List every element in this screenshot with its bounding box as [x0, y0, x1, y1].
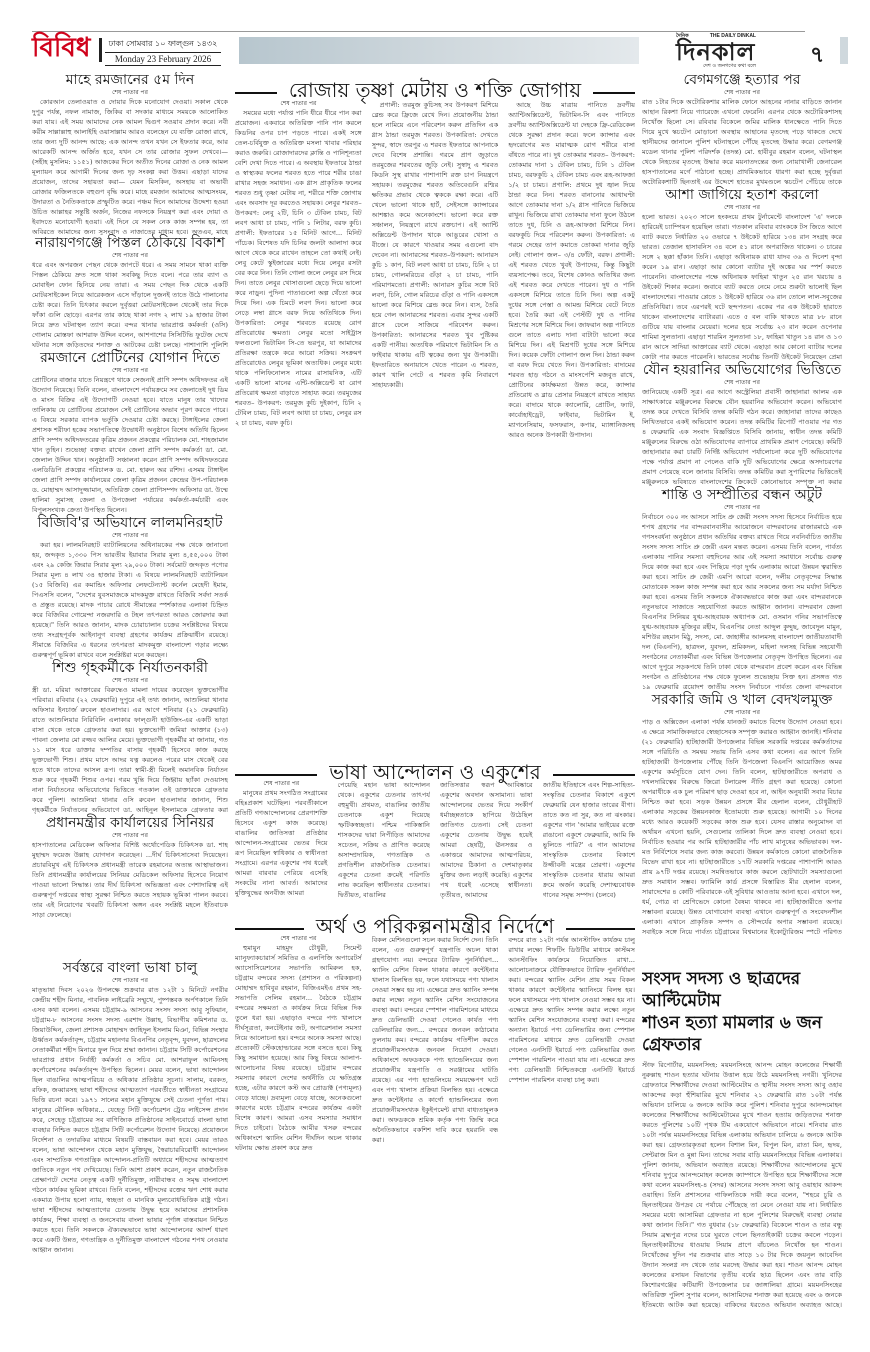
- header-gradient-bar: [239, 37, 639, 64]
- bhasha-col-1: শেষ পাতার পর মানুষের প্রথম সংগঠিত সংগ্রা…: [235, 780, 328, 905]
- bhasha-col-4: জাতীয় ইতিহাসে এবং শিল্প-সাহিত্য-সংস্কৃত…: [543, 780, 636, 905]
- finance-col-text: হুমায়ুন মাহমুদ চৌধুরী, সিমেন্ট ম্যানুফ্…: [235, 943, 362, 1293]
- story-protein: রমজানে প্রোটিনের যোগান দিতে শেষ পাতার পর…: [32, 350, 228, 515]
- headline: শিশু গৃহকর্মীকে নির্যাতনকারী: [32, 660, 228, 677]
- continued-label: শেষ পাতার পর: [32, 832, 228, 840]
- story-body: হাসপাতালের মেডিকেল অফিসার বিশিষ্ট অর্থোপ…: [32, 840, 228, 960]
- story-body: কোরআন তেলাওয়াত ও দোয়ার দিকে মনোযোগ দেও…: [32, 97, 228, 235]
- headline: বিজিবি'র অভিযানে লালমনিরহাট: [32, 515, 228, 532]
- story-child-domestic-worker: শিশু গৃহকর্মীকে নির্যাতনকারী শেষ পাতার প…: [32, 660, 228, 815]
- bhasha-col-3: জাতিসত্তার স্বরূপ আবিষ্কারে একুশের অবদান…: [440, 780, 533, 905]
- rule-right: [566, 928, 635, 930]
- headline: শান্তি ও সম্প্রীতির বন্ধন অটুট: [642, 487, 842, 504]
- left-column: মাহে রমজানের ৫ম দিন শেষ পাতার পর কোরআন ত…: [32, 72, 228, 1312]
- page-number-bar: [840, 37, 848, 64]
- continued-label: শেষ পাতার পর: [32, 367, 228, 375]
- finance-col-2: বিকল মেশিনগুলো সচল করার নির্দেশ দেন। তিন…: [372, 935, 499, 1300]
- headline: আশা জাগিয়ে হতাশ করলো: [642, 187, 842, 204]
- feature-col-text: আছে উচ্চ মাত্রায় পানিতে দ্রবণীয় অ্যান্…: [508, 100, 635, 730]
- continued-label: শেষ পাতার পর: [642, 204, 842, 212]
- bhasha-col-text: মানুষের প্রথম সংগঠিত সংগ্রামের বহিঃপ্রকা…: [235, 788, 328, 903]
- feature-col-text: প্রণালী: তরমুজ কুচিসহ সব উপকরণ মিশিয়ে ব…: [372, 100, 499, 730]
- rule-right: [553, 774, 635, 776]
- continued-label: শেষ পাতার পর: [642, 709, 842, 717]
- continued-label: শেষ পাতার পর: [32, 252, 228, 260]
- story-begumganj: বেগমগঞ্জে হত্যার পর শেষ পাতার পর রাত ১টা…: [642, 72, 842, 187]
- story-body: করা হয়। লালমনিরহাট ব্যাটালিয়নের অধিনায…: [32, 540, 228, 660]
- rule-left: [235, 928, 304, 930]
- story-body: প্রোটিনের বাজার যাতে নিয়ন্ত্রণে থাকে সে…: [32, 375, 228, 515]
- story-bgb: বিজিবি'র অভিযানে লালমনিরহাট শেষ পাতার পর…: [32, 515, 228, 660]
- continued-label: শেষ পাতার পর: [32, 89, 228, 97]
- bhasha-col-text: জাতিসত্তার স্বরূপ আবিষ্কারে একুশের অবদান…: [440, 780, 533, 905]
- logo-name: দিনকাল: [676, 41, 756, 63]
- date-bengali: ঢাকা সোমবার ১০ ফাল্গুন ১৪৩২: [105, 38, 221, 53]
- continued-label: শেষ পাতার পর: [32, 677, 228, 685]
- finance-col-3: বন্দরে রাত ১২টা পর্যন্ত আনস্টাফিং কার্যক…: [508, 935, 635, 1300]
- newspaper-logo: দৈনিকTHE DAILY DINKAL দিনকাল দেশ ও জনগণে…: [676, 33, 756, 71]
- page-number: ৭: [810, 38, 824, 75]
- story-body: মাতৃভাষা দিবস ২০২৬ উপলক্ষে শুক্রবার রাত …: [32, 985, 228, 1275]
- rule-left: [235, 774, 317, 776]
- continued-label: শেষ পাতার পর: [642, 379, 842, 387]
- rule-right: [593, 92, 635, 94]
- date-box: ঢাকা সোমবার ১০ ফাল্গুন ১৪৩২ Monday 23 Fe…: [105, 38, 221, 66]
- finance-col-text: বন্দরে রাত ১২টা পর্যন্ত আনস্টাফিং কার্যক…: [508, 935, 635, 1297]
- continued-label: শেষ পাতার পর: [32, 977, 228, 985]
- rule-left: [235, 92, 277, 94]
- story-body: পাড় ও অক্সিজেন এলাকা পর্যন্ত যানজট কমাত…: [642, 717, 842, 937]
- story-bangla-language: সর্বস্তরে বাংলা ভাষা চালু শেষ পাতার পর ম…: [32, 960, 228, 1275]
- right-column: বেগমগঞ্জে হত্যার পর শেষ পাতার পর রাত ১টা…: [642, 72, 842, 972]
- continued-label: শেষ পাতার পর: [235, 780, 328, 788]
- continued-label: শেষ পাতার পর: [235, 935, 362, 943]
- continued-label: শেষ পাতার পর: [642, 89, 842, 97]
- story-govt-land: সরকারি জমি ও খাল বেদখলমুক্ত শেষ পাতার পর…: [642, 692, 842, 937]
- story-harassment: যৌন হয়রানির অভিযোগের ভিত্তিতে শেষ পাতার…: [642, 362, 842, 487]
- bhasha-col-2: পেয়েছি মহান ভাষা আন্দোলন থেকে। একুশের চ…: [338, 780, 431, 905]
- lead-body: স্টাফ রিপোর্টার, ময়মনসিংহ: ময়মনসিংহে আ…: [642, 1060, 842, 1308]
- lead-headline: শাওন হত্যা মামলার ৬ জন গ্রেফতার: [642, 1012, 842, 1056]
- headline: নারায়ণগঞ্জে পিস্তল ঠেকিয়ে বিকাশ: [32, 235, 228, 252]
- continued-label: শেষ পাতার পর: [642, 504, 842, 512]
- bhasha-col-text: জাতীয় ইতিহাসে এবং শিল্প-সাহিত্য-সংস্কৃত…: [543, 780, 636, 905]
- story-pm-office: প্রধানমন্ত্রীর কার্যালয়ের সিনিয়র শেষ প…: [32, 815, 228, 960]
- story-body: নির্বাচনে ৩০০ নং আসনে সাচিং প্রু জেরী সং…: [642, 512, 842, 692]
- headline: বেগমগঞ্জে হত্যার পর: [642, 72, 842, 89]
- headline: প্রধানমন্ত্রীর কার্যালয়ের সিনিয়র: [32, 815, 228, 832]
- feature-col-2: প্রণালী: তরমুজ কুচিসহ সব উপকরণ মিশিয়ে ব…: [372, 100, 499, 740]
- date-english: Monday 23 February 2026: [105, 53, 221, 66]
- story-peace: শান্তি ও সম্প্রীতির বন্ধন অটুট শেষ পাতার…: [642, 487, 842, 692]
- headline: সর্বস্তরে বাংলা ভাষা চালু: [32, 960, 228, 977]
- lead-kicker: সংসদ সদস্য ও ছাত্রদের আল্টিমেটাম: [642, 968, 842, 1012]
- story-body: জানিয়েছে একটি সূত্র। এর আগে অস্ট্রেলিয়…: [642, 387, 842, 487]
- headline: রমজানে প্রোটিনের যোগান দিতে: [32, 350, 228, 367]
- story-cricket: আশা জাগিয়ে হতাশ করলো শেষ পাতার পর হলো ভ…: [642, 187, 842, 362]
- continued-label: শেষ পাতার পর: [235, 100, 362, 108]
- feature-columns-bhasha: শেষ পাতার পর মানুষের প্রথম সংগঠিত সংগ্রা…: [235, 780, 635, 905]
- finance-col-text: বিকল মেশিনগুলো সচল করার নির্দেশ দেন। তিন…: [372, 935, 499, 1297]
- headline: মাহে রমজানের ৫ম দিন: [32, 72, 228, 89]
- story-body: ধরে এবং অপরজন পেছন থেকে জাপটে ধরে। এ সময…: [32, 260, 228, 350]
- feature-columns-sharbat: শেষ পাতার পর সময়ের মধ্যে পর্যাপ্ত পানি …: [235, 100, 635, 740]
- finance-col-1: শেষ পাতার পর হুমায়ুন মাহমুদ চৌধুরী, সিম…: [235, 935, 362, 1300]
- feature-col-1: শেষ পাতার পর সময়ের মধ্যে পর্যাপ্ত পানি …: [235, 100, 362, 740]
- feature-col-text: সময়ের মধ্যে পর্যাপ্ত পানি ধীরে ধীরে পান…: [235, 108, 362, 733]
- story-ramadan-5: মাহে রমজানের ৫ম দিন শেষ পাতার পর কোরআন ত…: [32, 72, 228, 235]
- feature-columns-finance: শেষ পাতার পর হুমায়ুন মাহমুদ চৌধুরী, সিম…: [235, 935, 635, 1300]
- story-body: রাত ১টার দিকে অটোরিকশার মালিক ফোনে আহনের…: [642, 97, 842, 187]
- section-logo: বিবিধ: [32, 33, 90, 63]
- story-narayanganj: নারায়ণগঞ্জে পিস্তল ঠেকিয়ে বিকাশ শেষ পা…: [32, 235, 228, 350]
- headline: সরকারি জমি ও খাল বেদখলমুক্ত: [642, 692, 842, 709]
- story-body: হলো ভারত। ২০২৩ সালে হংকংয়ে প্রথম টুর্না…: [642, 212, 842, 362]
- headline: যৌন হয়রানির অভিযোগের ভিত্তিতে: [642, 362, 842, 379]
- bhasha-col-text: পেয়েছি মহান ভাষা আন্দোলন থেকে। একুশের চ…: [338, 780, 431, 905]
- lead-story-shaon: সংসদ সদস্য ও ছাত্রদের আল্টিমেটাম শাওন হত…: [642, 968, 842, 1308]
- continued-label: শেষ পাতার পর: [32, 532, 228, 540]
- logo-divider: [99, 38, 102, 62]
- story-body: স্ত্রী ডা. মরিয়া আক্তারের বিরুদ্ধেও মাম…: [32, 685, 228, 815]
- feature-col-3: আছে উচ্চ মাত্রায় পানিতে দ্রবণীয় অ্যান্…: [508, 100, 635, 740]
